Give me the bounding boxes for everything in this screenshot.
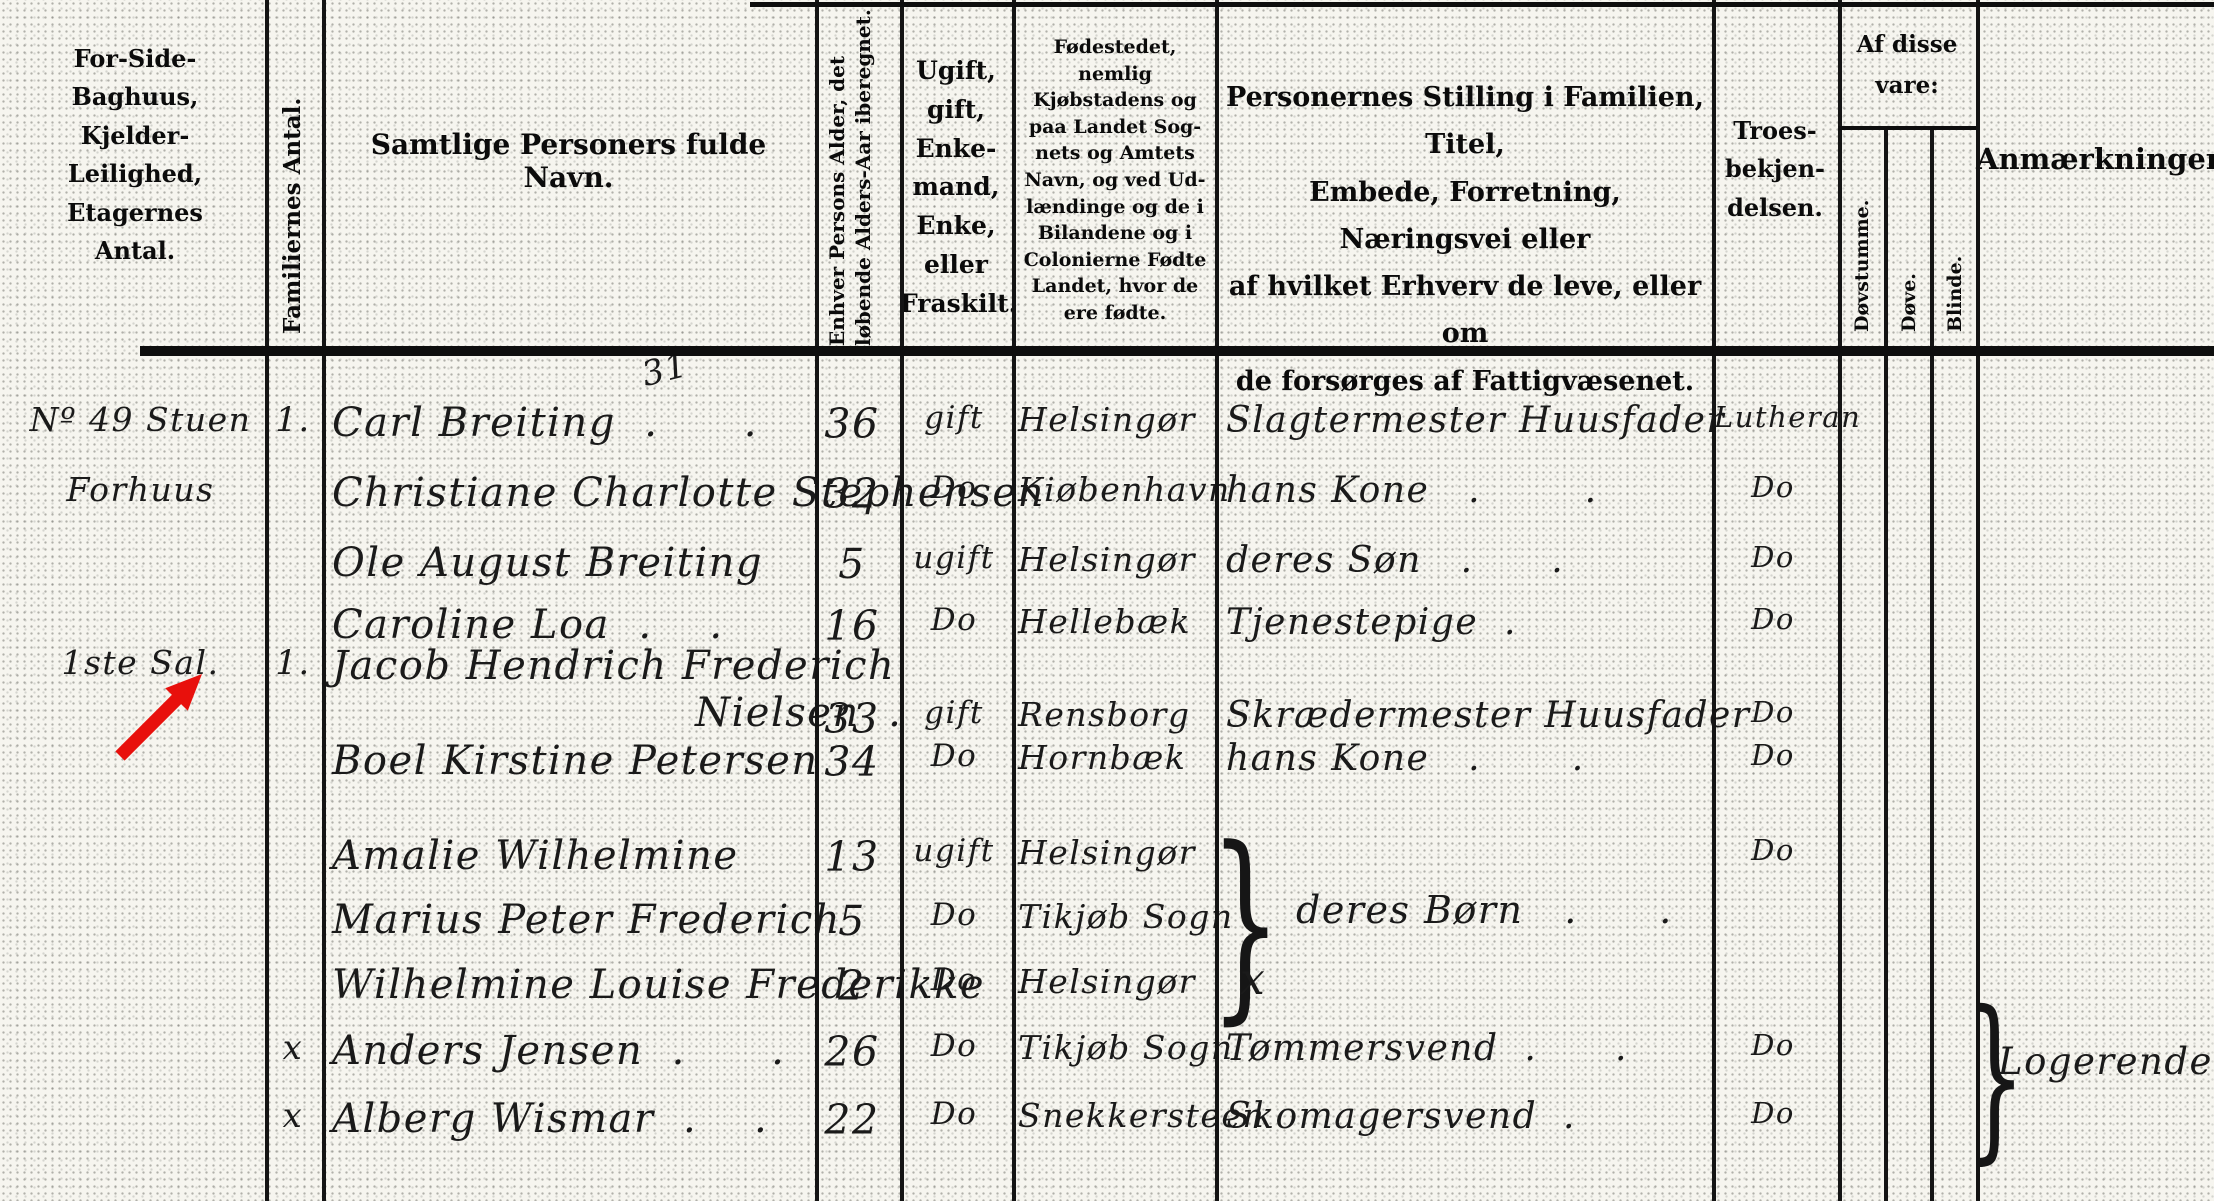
birthplace-cell: Hornbæk bbox=[1018, 738, 1186, 777]
header-blind: Blinde. bbox=[1943, 256, 1968, 332]
age-cell: 5 bbox=[812, 540, 892, 588]
name-cell: Carl Breiting . . bbox=[332, 400, 758, 446]
religion-cell: Do bbox=[1714, 602, 1832, 636]
header-age: Enhver Persons Alder, det løbende Alders… bbox=[824, 9, 876, 346]
occupation-cell: Tjenestepige . bbox=[1226, 602, 1517, 643]
birthplace-cell: Kiøbenhavn bbox=[1018, 470, 1231, 509]
occupation-cell: Skrædermester Huusfader bbox=[1226, 695, 1751, 736]
header-deafmute: Døvstumme. bbox=[1850, 200, 1875, 332]
table-column-line bbox=[1712, 0, 1716, 1201]
table-column-line bbox=[1884, 128, 1888, 1201]
marital-cell: Do bbox=[896, 738, 1012, 774]
red-arrow-annotation bbox=[112, 664, 212, 769]
birthplace-cell: Rensborg bbox=[1018, 695, 1190, 734]
location-cell: Forhuus bbox=[18, 470, 263, 509]
table-rule-line bbox=[140, 346, 2214, 356]
table-column-line bbox=[322, 0, 326, 1201]
age-cell: 32 bbox=[812, 470, 892, 518]
marital-cell: Do bbox=[896, 1028, 1012, 1064]
name-cell: Ole August Breiting bbox=[332, 540, 763, 586]
age-cell: 22 bbox=[812, 1096, 892, 1144]
religion-cell: Do bbox=[1714, 833, 1832, 867]
name-cell: Caroline Loa . . bbox=[332, 602, 724, 648]
religion-cell: Lutheran bbox=[1714, 400, 1832, 434]
table-rule-line bbox=[750, 2, 2214, 7]
family-cell: 1. bbox=[264, 643, 322, 683]
family-cell: 1. bbox=[264, 400, 322, 440]
header-names: Samtlige Personers fulde Navn. bbox=[322, 128, 815, 194]
age-cell: 26 bbox=[812, 1028, 892, 1076]
occupation-cell: deres Søn . . bbox=[1226, 540, 1564, 581]
name-cell: Anders Jensen . . bbox=[332, 1028, 785, 1074]
table-column-line bbox=[265, 0, 269, 1201]
marital-cell: Do bbox=[896, 962, 1012, 998]
age-cell: 2 bbox=[812, 962, 892, 1010]
occupation-cell: hans Kone . . bbox=[1226, 470, 1598, 511]
family-cell: x bbox=[264, 1028, 322, 1068]
birthplace-cell: Helsingør bbox=[1018, 833, 1196, 872]
name-cell: Jacob Hendrich Frederich bbox=[332, 643, 895, 689]
table-column-line bbox=[1930, 128, 1934, 1201]
marital-cell: Do bbox=[896, 470, 1012, 506]
religion-cell: Do bbox=[1714, 738, 1832, 772]
header-family-count: Familiernes Antal. bbox=[278, 98, 308, 334]
location-cell: Nº 49 Stuen bbox=[18, 400, 263, 439]
marital-cell: gift bbox=[896, 695, 1012, 731]
cross-mark: x bbox=[1240, 954, 1266, 1005]
header-location: For-Side- Baghuus, Kjelder- Leilighed, E… bbox=[10, 40, 260, 270]
religion-cell: Do bbox=[1714, 695, 1832, 729]
occupation-cell: Slagtermester Huusfader bbox=[1226, 400, 1725, 441]
name-cell: Boel Kirstine Petersen bbox=[332, 738, 819, 784]
table-column-line bbox=[1215, 0, 1219, 1201]
age-cell: 33 bbox=[812, 695, 892, 743]
table-column-line bbox=[900, 0, 904, 1201]
marital-cell: gift bbox=[896, 400, 1012, 436]
children-occupation-label: deres Børn . . bbox=[1296, 888, 1673, 932]
occupation-cell: Skomagersvend . bbox=[1226, 1096, 1576, 1137]
marital-cell: Do bbox=[896, 1096, 1012, 1132]
table-column-line bbox=[815, 0, 819, 1201]
occupation-cell: Tømmersvend . . bbox=[1226, 1028, 1628, 1069]
name-cell: Marius Peter Frederich bbox=[332, 897, 841, 943]
census-scan-page: For-Side- Baghuus, Kjelder- Leilighed, E… bbox=[0, 0, 2214, 1201]
table-column-line bbox=[1012, 0, 1016, 1201]
header-disabilities-group: Af disse vare: bbox=[1838, 24, 1976, 107]
marital-cell: ugift bbox=[896, 833, 1012, 869]
religion-cell: Do bbox=[1714, 540, 1832, 574]
birthplace-cell: Helsingør bbox=[1018, 540, 1196, 579]
header-birthplace: Fødestedet, nemlig Kjøbstadens og paa La… bbox=[1015, 34, 1215, 327]
religion-cell: Do bbox=[1714, 470, 1832, 504]
marital-cell: ugift bbox=[896, 540, 1012, 576]
religion-cell: Do bbox=[1714, 1028, 1832, 1062]
name-cell: Alberg Wismar . . bbox=[332, 1096, 768, 1142]
lodgers-remark-label: Logerende bbox=[1998, 1040, 2213, 1083]
marital-cell: Do bbox=[896, 897, 1012, 933]
age-cell: 5 bbox=[812, 897, 892, 945]
birthplace-cell: Hellebæk bbox=[1018, 602, 1191, 641]
birthplace-cell: Tikjøb Sogn bbox=[1018, 897, 1234, 936]
family-cell: x bbox=[264, 1096, 322, 1136]
occupation-cell: hans Kone . . bbox=[1226, 738, 1585, 779]
header-deaf: Døve. bbox=[1897, 273, 1922, 332]
religion-cell: Do bbox=[1714, 1096, 1832, 1130]
table-column-line bbox=[1976, 0, 1980, 1201]
birthplace-cell: Helsingør bbox=[1018, 400, 1196, 439]
name-cell: Amalie Wilhelmine bbox=[332, 833, 739, 879]
header-marital: Ugift, gift, Enke- mand, Enke, eller Fra… bbox=[900, 52, 1012, 323]
age-cell: 13 bbox=[812, 833, 892, 881]
table-rule-line bbox=[1838, 126, 1976, 130]
age-cell: 34 bbox=[812, 738, 892, 786]
birthplace-cell: Tikjøb Sogn bbox=[1018, 1028, 1234, 1067]
birthplace-cell: Helsingør bbox=[1018, 962, 1196, 1001]
header-remarks: Anmærkninger. bbox=[1976, 142, 2214, 176]
table-column-line bbox=[1838, 0, 1842, 1201]
marital-cell: Do bbox=[896, 602, 1012, 638]
header-religion: Troes- bekjen- delsen. bbox=[1712, 112, 1838, 227]
red-arrow-shape bbox=[115, 674, 202, 761]
age-cell: 36 bbox=[812, 400, 892, 448]
